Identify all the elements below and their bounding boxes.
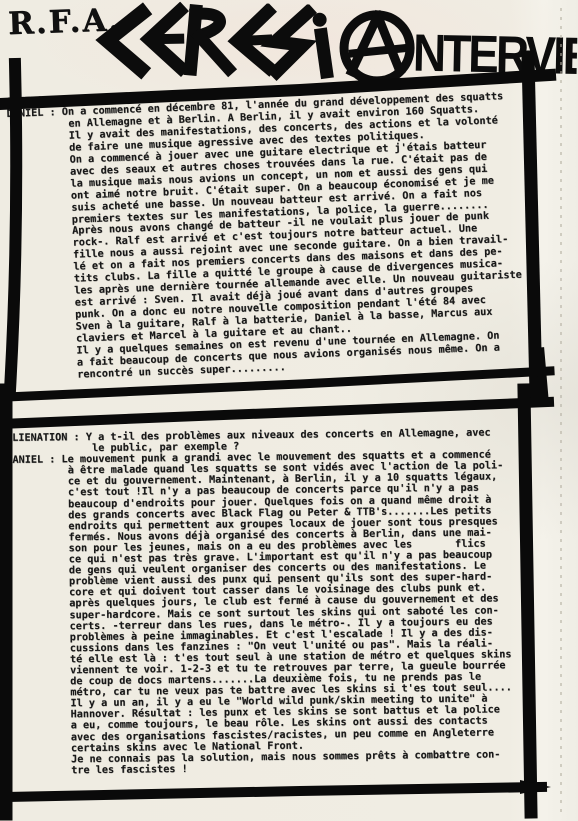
interview-section-concert-problems: ALIENATION : Y a t-il des problèmes aux … — [6, 427, 513, 777]
frame-divider-lower — [0, 402, 549, 424]
logo-letter-s — [275, 12, 308, 73]
logo-letter-i — [321, 35, 328, 72]
anarchy-icon — [343, 14, 410, 81]
logo-letter-e1-bar — [153, 38, 179, 40]
interview-section-history: ALIENATION : L'historique du groupe ?DAN… — [6, 79, 525, 384]
logo-letter-e2-bar — [241, 39, 267, 42]
frame-divider-cross-stub — [540, 352, 544, 398]
frame-right-bar-upper — [528, 57, 536, 393]
logo-interview-text: NTERVIEW — [412, 24, 578, 87]
frame-right-bar-lower — [524, 390, 531, 812]
frame-bottom-bar-arrow-end — [520, 780, 551, 794]
logo-letter-c — [107, 12, 142, 69]
zine-page: { "header": { "region_label": "R.F.A.", … — [0, 0, 578, 821]
margin-letter: J — [4, 757, 11, 770]
frame-bottom-bar — [6, 787, 542, 797]
logo-letter-r-leg — [199, 36, 230, 69]
